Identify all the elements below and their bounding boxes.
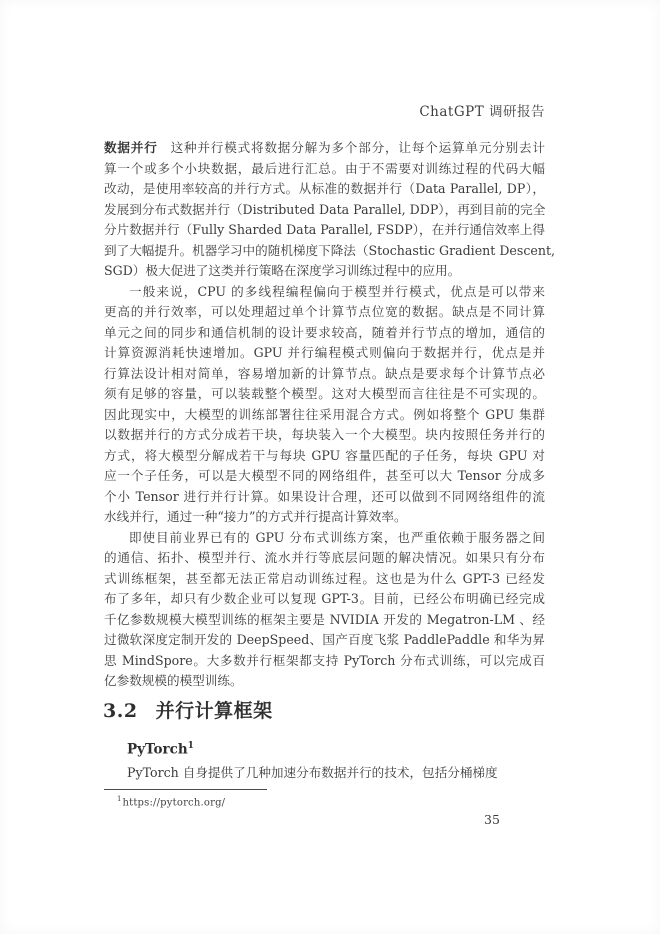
text-line: 数据并行这种并行模式将数据分解为多个部分，让每个运算单元分别去计 bbox=[104, 138, 545, 159]
section-number: 3.2 bbox=[103, 700, 138, 722]
text-line: 因此现实中，大模型的训练部署往往采用混合方式。例如将整个 GPU 集群 bbox=[104, 405, 545, 426]
text-line: 应一个子任务，可以是大模型不同的网络组件，甚至可以大 Tensor 分成多 bbox=[104, 466, 545, 487]
text-line: 须有足够的容量，可以装载整个模型。这对大模型而言往往是不可实现的。 bbox=[104, 384, 545, 405]
text-line: 到了大幅提升。机器学习中的随机梯度下降法（Stochastic Gradient… bbox=[104, 241, 545, 262]
text-line: 一般来说，CPU 的多线程编程偏向于模型并行模式，优点是可以带来 bbox=[104, 282, 545, 303]
text-line: 水线并行，通过一种“接力”的方式并行提高计算效率。 bbox=[104, 507, 545, 528]
text-line: SGD）极大促进了这类并行策略在深度学习训练过程中的应用。 bbox=[104, 261, 545, 282]
text-line: 即使目前业界已有的 GPU 分布式训练方案，也严重依赖于服务器之间 bbox=[104, 528, 545, 549]
text-line: 过微软深度定制开发的 DeepSpeed、国产百度飞浆 PaddlePaddle… bbox=[104, 630, 545, 651]
text-line: 单元之间的同步和通信机制的设计要求较高，随着并行节点的增加，通信的 bbox=[104, 323, 545, 344]
section-heading: 3.2并行计算框架 bbox=[103, 696, 273, 723]
running-header: ChatGPT 调研报告 bbox=[419, 100, 545, 120]
footnote-rule bbox=[104, 789, 267, 790]
footnote-reference-mark: 1 bbox=[188, 741, 194, 751]
footnote-marker: 1 bbox=[117, 795, 121, 803]
text-line: 的通信、拓扑、模型并行、流水并行等底层问题的解决情况。如果只有分布 bbox=[104, 548, 545, 569]
text-line-content: 这种并行模式将数据分解为多个部分，让每个运算单元分别去计 bbox=[171, 140, 545, 155]
pytorch-heading: PyTorch1 bbox=[127, 741, 194, 758]
text-line: 布了多年，却只有少数企业可以复现 GPT-3。目前，已经公布明确已经完成 bbox=[104, 589, 545, 610]
section-title: 并行计算框架 bbox=[156, 700, 273, 722]
text-line: 千亿参数规模大模型训练的框架主要是 NVIDIA 开发的 Megatron-LM… bbox=[104, 610, 545, 631]
paragraph-run-in-label: 数据并行 bbox=[104, 140, 158, 155]
pytorch-paragraph-line: PyTorch 自身提供了几种加速分布数据并行的技术，包括分桶梯度 bbox=[127, 763, 545, 784]
text-line: 行算法设计相对简单，容易增加新的计算节点。缺点是要求每个计算节点必 bbox=[104, 364, 545, 385]
text-line: 算一个或多个小块数据，最后进行汇总。由于不需要对训练过程的代码大幅 bbox=[104, 159, 545, 180]
text-line: 改动，是使用率较高的并行方式。从标准的数据并行（Data Parallel, D… bbox=[104, 179, 545, 200]
page-number: 35 bbox=[484, 812, 500, 827]
text-line: 发展到分布式数据并行（Distributed Data Parallel, DD… bbox=[104, 200, 545, 221]
text-line: 个小 Tensor 进行并行计算。如果设计合理，还可以做到不同网络组件的流 bbox=[104, 487, 545, 508]
footnote: 1https://pytorch.org/ bbox=[117, 795, 225, 808]
text-line: 式训练框架，甚至都无法正常启动训练过程。这也是为什么 GPT-3 已经发 bbox=[104, 569, 545, 590]
text-line: 思 MindSpore。大多数并行框架都支持 PyTorch 分布式训练，可以完… bbox=[104, 651, 545, 672]
body-text-block: 数据并行这种并行模式将数据分解为多个部分，让每个运算单元分别去计算一个或多个小块… bbox=[104, 138, 545, 692]
text-line: 分片数据并行（Fully Sharded Data Parallel, FSDP… bbox=[104, 220, 545, 241]
text-line: 以数据并行的方式分成若干块，每块装入一个大模型。块内按照任务并行的 bbox=[104, 425, 545, 446]
text-line: 亿参数规模的模型训练。 bbox=[104, 671, 545, 692]
text-line: 更高的并行效率，可以处理超过单个计算节点位宽的数据。缺点是不同计算 bbox=[104, 302, 545, 323]
footnote-url-link[interactable]: https://pytorch.org/ bbox=[122, 797, 225, 808]
text-line: 计算资源消耗快速增加。GPU 并行编程模式则偏向于数据并行，优点是并 bbox=[104, 343, 545, 364]
pytorch-heading-label: PyTorch bbox=[127, 742, 188, 758]
document-page: ChatGPT 调研报告 数据并行这种并行模式将数据分解为多个部分，让每个运算单… bbox=[0, 0, 660, 934]
text-line: 方式，将大模型分解成若干与每块 GPU 容量匹配的子任务，每块 GPU 对 bbox=[104, 446, 545, 467]
